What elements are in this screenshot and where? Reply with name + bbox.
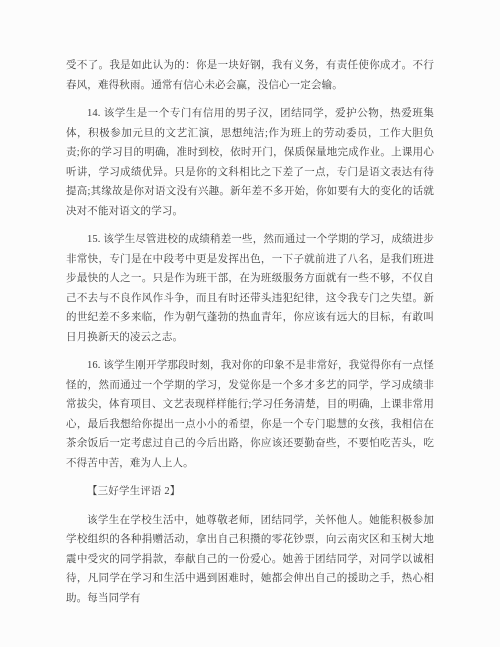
paragraph-item-14: 14. 该学生是一个专门有信用的男子汉，团结同学，爱护公物，热爱班集体，积极参加… <box>66 104 434 221</box>
paragraph-item-16: 16. 该学生刚开学那段时刻，我对你的印象不是非常好，我觉得你有一点怪怪的，然而… <box>66 356 434 473</box>
paragraph-item-15: 15. 该学生尽管进校的成绩稍差一些，然而通过一个学期的学习，成绩进步非常快，专… <box>66 230 434 347</box>
document-page: 受不了。我是如此认为的：你是一块好钢，我有义务，有责任使你成才。不行春风，难得秋… <box>0 0 500 647</box>
paragraph-continuation: 受不了。我是如此认为的：你是一块好钢，我有义务，有责任使你成才。不行春风，难得秋… <box>66 56 434 95</box>
paragraph-sanhao-comment: 该学生在学校生活中，她尊敬老师，团结同学，关怀他人。她能积极参加学校组织的各种捐… <box>66 511 434 609</box>
section-heading: 【三好学生评语 2】 <box>66 482 434 502</box>
document-content: 受不了。我是如此认为的：你是一块好钢，我有义务，有责任使你成才。不行春风，难得秋… <box>66 56 434 608</box>
